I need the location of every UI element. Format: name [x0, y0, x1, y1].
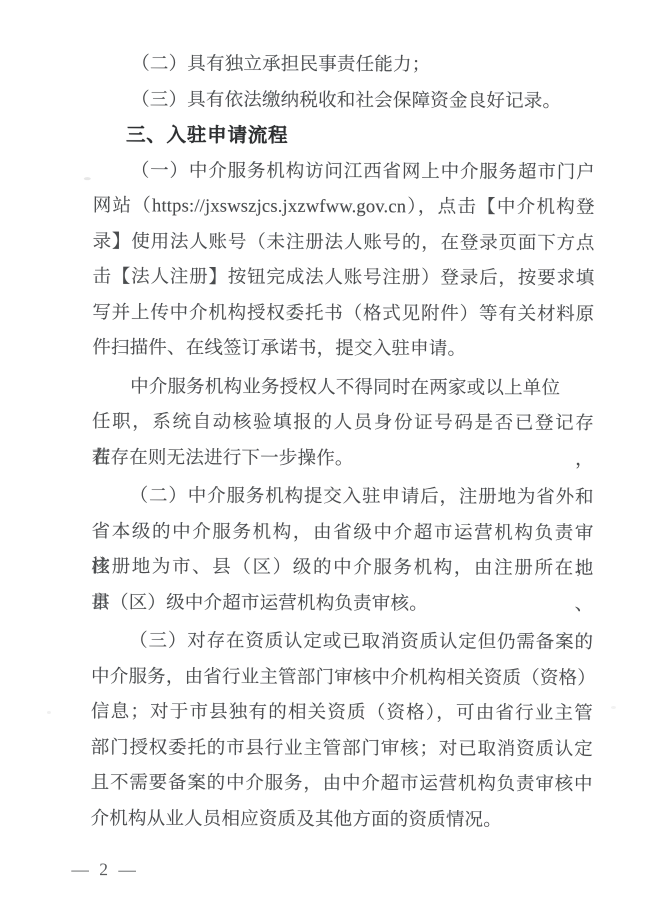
text-line: 信息；对于市县独有的相关资质（资格），可由省行业主管 — [91, 695, 593, 732]
text-line: 任职，系统自动核验填报的人员身份证号码是否已登记存在， — [92, 405, 594, 442]
text-line: 部门授权委托的市县行业主管部门审核；对已取消资质认定 — [91, 731, 593, 768]
text-line: 录】使用法人账号（未注册法人账号的，在登录页面下方点 — [93, 225, 595, 262]
text-line: 中介服务机构业务授权人不得同时在两家或以上单位 — [92, 370, 594, 407]
text-line: 中介服务，由省行业主管部门审核中介机构相关资质（资格） — [91, 660, 593, 697]
text-line: 且不需要备案的中介服务，由中介超市运营机构负责审核中 — [91, 766, 593, 803]
scan-speck — [47, 711, 51, 714]
scan-speck — [84, 177, 91, 180]
text-line: （一）中介服务机构访问江西省网上中介服务超市门户 — [93, 154, 595, 191]
text-line: 注册地为市、县（区）级的中介服务机构，由注册所在地市、 — [91, 550, 593, 587]
section-heading: 三、入驻申请流程 — [93, 118, 595, 155]
page-number: — 2 — — [71, 859, 139, 880]
text-line: 省本级的中介服务机构，由省级中介超市运营机构负责审核； — [92, 515, 594, 552]
text-line: 介机构从业人员相应资质及其他方面的资质情况。 — [91, 802, 593, 839]
text-line: 网站（https://jxswszjcs.jxzwfww.gov.cn），点击【… — [93, 189, 595, 226]
document-body: （二）具有独立承担民事责任能力； （三）具有依法缴纳税收和社会保障资金良好记录。… — [91, 47, 596, 839]
text-line: （二）中介服务机构提交入驻申请后，注册地为省外和 — [92, 479, 594, 516]
text-line: 写并上传中介机构授权委托书（格式见附件）等有关材料原 — [92, 296, 594, 333]
scan-speck — [611, 706, 616, 709]
text-line: （三）对存在资质认定或已取消资质认定但仍需备案的 — [91, 624, 593, 661]
text-line: 件扫描件、在线签订承诺书，提交入驻申请。 — [92, 331, 594, 368]
text-line: 击【法人注册】按钮完成法人账号注册）登录后，按要求填 — [92, 260, 594, 297]
scanned-content: （二）具有独立承担民事责任能力； （三）具有依法缴纳税收和社会保障资金良好记录。… — [0, 0, 666, 913]
document-page: （二）具有独立承担民事责任能力； （三）具有依法缴纳税收和社会保障资金良好记录。… — [0, 0, 666, 913]
text-line: （二）具有独立承担民事责任能力； — [93, 47, 595, 84]
text-line: （三）具有依法缴纳税收和社会保障资金良好记录。 — [93, 83, 595, 120]
